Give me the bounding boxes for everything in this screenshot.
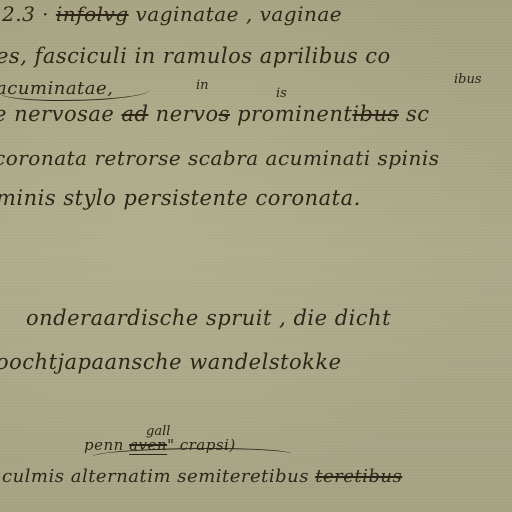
struck-word: infolvg [56,2,129,26]
manuscript-line-5: coronata retrorse scabra acuminati spini… [0,146,440,170]
struck-word: ibus [352,102,398,126]
struck-word: s [219,102,230,126]
manuscript-line-6: minis stylo persistente coronata. [0,186,361,210]
interlinear-insertion: is [276,86,287,101]
manuscript-line-7: onderaardische spruit , die dicht [26,306,391,330]
manuscript-page [0,0,512,512]
interlinear-insertion: in [196,78,209,93]
line-text: coronata retrorse scabra acuminati spini… [0,146,440,170]
line-number: 2.3 · [2,2,49,26]
struck-word: teretibus [315,466,402,487]
interlinear-insertion: ibus [454,72,482,87]
line-text: culmis alternatim semiteretibus [2,466,309,487]
line-text: es, fasciculi in ramulos aprilibus co [0,44,391,68]
line-text: vaginatae , vaginae [135,2,342,26]
line-text: prominent [237,102,352,126]
line-text: minis stylo persistente coronata. [0,186,361,210]
line-text: onderaardische spruit , die dicht [26,306,391,330]
line-text: sc [406,102,430,126]
manuscript-line-4: e nervosae ad nervos prominentibus sc [0,102,430,126]
line-text: nervo [156,102,219,126]
struck-word: ad [122,102,149,126]
insertion-bracket [92,448,292,463]
manuscript-line-2: es, fasciculi in ramulos aprilibus co [0,44,391,68]
manuscript-line-8: oochtjapaansche wandelstokke [0,350,342,374]
line-text: oochtjapaansche wandelstokke [0,350,342,374]
manuscript-line-1: 2.3 · infolvg vaginatae , vaginae [2,2,342,26]
manuscript-line-10: culmis alternatim semiteretibus teretibu… [2,466,402,487]
line-text: e nervosae [0,102,114,126]
